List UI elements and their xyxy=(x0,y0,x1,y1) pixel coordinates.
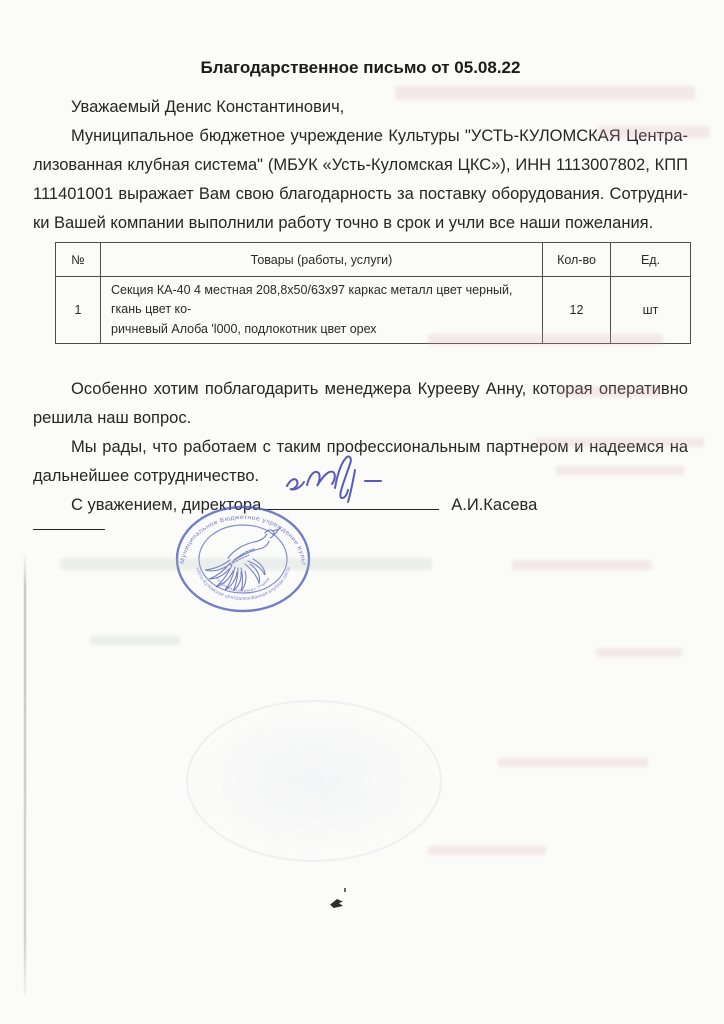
header-num: № xyxy=(56,243,101,277)
body-line: ки Вашей компании выполнили работу точно… xyxy=(33,209,688,238)
blank-underline xyxy=(33,529,105,530)
cell-num: 1 xyxy=(56,277,101,344)
signatory-name: А.И.Касева xyxy=(451,496,537,514)
ink-speck xyxy=(330,899,343,908)
scan-edge-shadow xyxy=(24,552,26,995)
bleed-through-smudge xyxy=(428,334,663,345)
stamp-rim-text-top: Муниципальное Бюджетное учреждение Культ… xyxy=(172,502,306,566)
intro-paragraph: Муниципальное бюджетное учреждение Культ… xyxy=(33,122,688,238)
ink-speck-dot xyxy=(344,888,346,892)
goods-table-header-row: № Товары (работы, услуги) Кол-во Ед. xyxy=(56,243,691,277)
bleed-through-smudge xyxy=(536,438,704,447)
header-unit: Ед. xyxy=(611,243,691,277)
bleed-through-smudge xyxy=(395,86,695,100)
goods-table: № Товары (работы, услуги) Кол-во Ед. 1 С… xyxy=(55,242,691,344)
bleed-through-smudge xyxy=(596,648,682,657)
thanks-paragraph: Особенно хотим поблагодарить менеджера К… xyxy=(33,375,688,433)
description-line: Секция КА-40 4 местная 208,8х50/63х97 ка… xyxy=(111,281,532,320)
body-line: Муниципальное бюджетное учреждение Культ… xyxy=(33,122,688,151)
scanned-letter-page: Благодарственное письмо от 05.08.22 Уваж… xyxy=(0,0,724,1024)
signature-scribble xyxy=(279,450,399,504)
bleed-through-smudge xyxy=(60,558,432,570)
bleed-through-smudge xyxy=(90,636,180,645)
bleed-through-smudge xyxy=(428,846,546,855)
body-line: лизованная клубная система" (МБУК «Усть-… xyxy=(33,151,688,180)
header-qty: Кол-во xyxy=(543,243,611,277)
bleed-through-smudge xyxy=(512,560,652,570)
bleed-through-smudge xyxy=(556,386,661,397)
bleed-through-stamp-ghost xyxy=(186,700,442,862)
letter-title: Благодарственное письмо от 05.08.22 xyxy=(33,55,688,81)
bleed-through-smudge xyxy=(598,126,710,138)
body-line: 111401001 выражает Вам свою благодарност… xyxy=(33,180,688,209)
body-line: решила наш вопрос. xyxy=(33,404,688,433)
bleed-through-smudge xyxy=(556,466,684,475)
header-goods: Товары (работы, услуги) xyxy=(101,243,543,277)
bleed-through-smudge xyxy=(498,758,648,767)
